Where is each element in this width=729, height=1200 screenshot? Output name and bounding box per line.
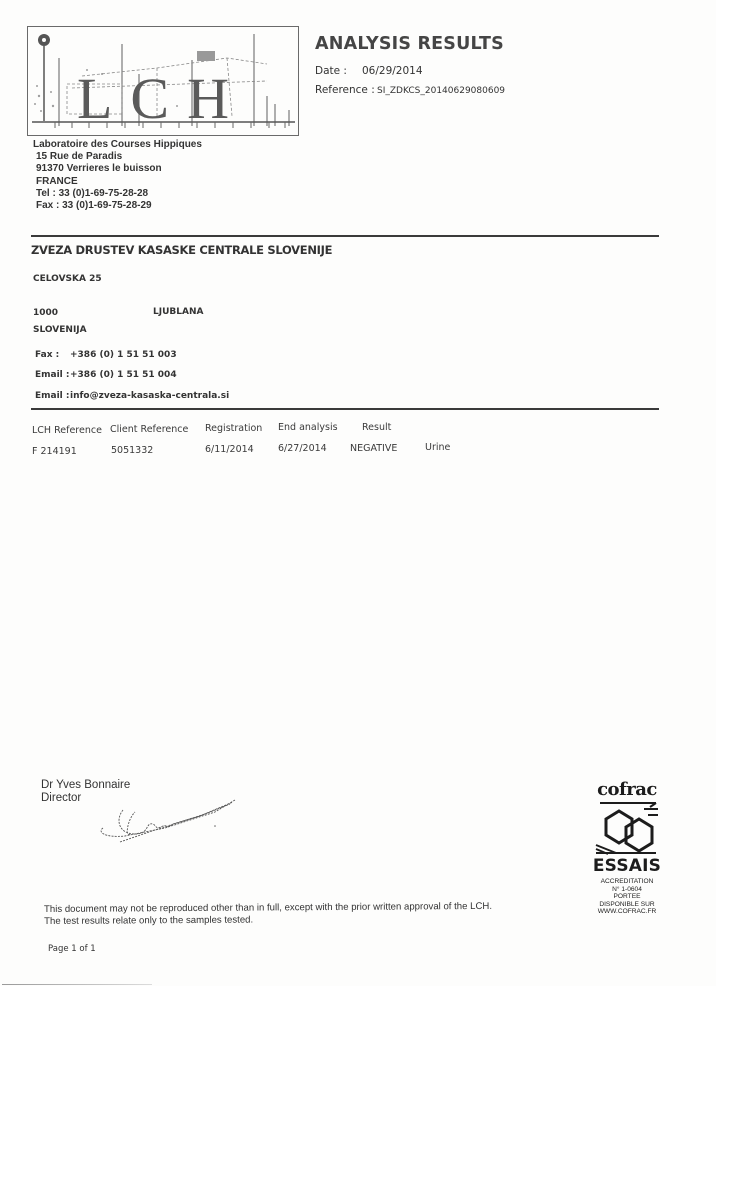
scan-edge (2, 984, 152, 985)
divider-top (31, 235, 659, 237)
document-page: LCH Laboratoire des Courses Hippiques 15… (0, 0, 716, 986)
client-email1-label: Email : (35, 370, 70, 380)
client-fax-value: +386 (0) 1 51 51 003 (70, 350, 177, 360)
client-country: SLOVENIJA (33, 325, 87, 335)
laboratory-address: Laboratoire des Courses Hippiques 15 Rue… (33, 139, 202, 212)
divider-bottom (31, 408, 659, 410)
cell-registration: 6/11/2014 (205, 444, 254, 455)
notice-line-2: The test results relate only to the samp… (44, 912, 492, 927)
client-fax-label: Fax : (35, 350, 59, 360)
cell-end-analysis: 6/27/2014 (278, 443, 327, 454)
cofrac-details: ACCREDITATION N° 1-0604 PORTEE DISPONIBL… (590, 878, 664, 916)
column-header-registration: Registration (205, 423, 262, 434)
page-number: Page 1 of 1 (48, 944, 96, 954)
column-header-lch-reference: LCH Reference (32, 425, 102, 436)
cell-client-reference: 5051332 (111, 445, 153, 456)
reference-value: SI_ZDKCS_20140629080609 (377, 86, 505, 96)
column-header-result: Result (362, 422, 391, 433)
client-name: ZVEZA DRUSTEV KASASKE CENTRALE SLOVENIJE (31, 243, 332, 257)
reproduction-notice: This document may not be reproduced othe… (44, 901, 492, 927)
lab-name: Laboratoire des Courses Hippiques (33, 139, 202, 151)
column-header-end-analysis: End analysis (278, 422, 338, 433)
accreditation-line: ACCREDITATION (590, 878, 664, 886)
column-header-client-reference: Client Reference (110, 424, 188, 435)
lab-street: 15 Rue de Paradis (33, 151, 202, 163)
client-street: CELOVSKA 25 (33, 274, 102, 284)
date-value: 06/29/2014 (362, 65, 423, 77)
document-title: ANALYSIS RESULTS (315, 34, 504, 54)
accreditation-line: DISPONIBLE SUR (590, 901, 664, 909)
cofrac-category: ESSAIS (590, 857, 664, 875)
logo-letters: LCH (77, 66, 247, 131)
accreditation-url[interactable]: WWW.COFRAC.FR (590, 908, 664, 916)
lab-tel: Tel : 33 (0)1-69-75-28-28 (33, 188, 202, 200)
client-email2-label: Email : (35, 391, 70, 401)
accreditation-line: PORTEE (590, 893, 664, 901)
cofrac-brand: cofrac (590, 780, 664, 800)
lch-logo: LCH (27, 26, 299, 136)
client-city: LJUBLANA (153, 307, 203, 317)
signature-image (95, 790, 240, 850)
cell-result: NEGATIVE (350, 443, 397, 454)
reference-label: Reference : (315, 84, 375, 96)
cofrac-hexagon-icon (594, 801, 660, 855)
lab-fax: Fax : 33 (0)1-69-75-28-29 (33, 200, 202, 212)
cell-lch-reference: F 214191 (32, 446, 77, 457)
client-email1-value: +386 (0) 1 51 51 004 (70, 370, 177, 380)
cell-sample-type: Urine (425, 442, 450, 453)
client-postal-code: 1000 (33, 308, 58, 318)
lab-city: 91370 Verrieres le buisson (33, 163, 202, 175)
client-email2-value[interactable]: info@zveza-kasaska-centrala.si (70, 391, 229, 401)
lab-country: FRANCE (33, 176, 202, 188)
accreditation-number: N° 1-0604 (590, 886, 664, 894)
date-label: Date : (315, 65, 347, 77)
cofrac-accreditation: cofrac ESSAIS ACCREDITATION N° 1-0604 PO… (590, 780, 664, 916)
